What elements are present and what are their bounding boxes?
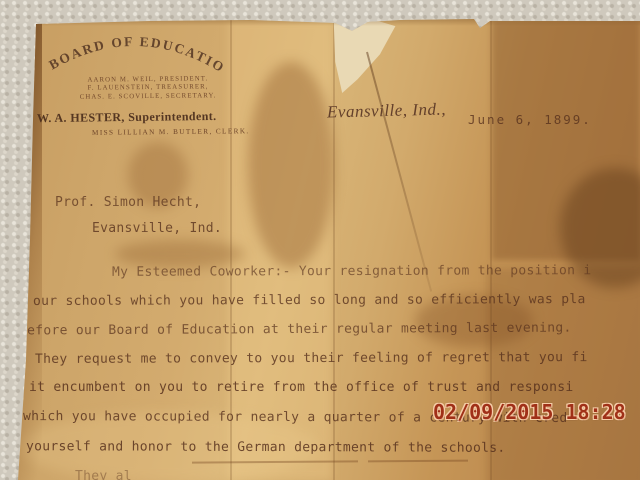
letter-body-line-partial: They al <box>75 469 132 480</box>
letter-body-line: They request me to convey to you their f… <box>35 350 588 367</box>
clerk-line: MISS LILLIAN M. BUTLER, CLERK. <box>92 127 250 137</box>
officer-list: AARON M. WEIL, PRESIDENT. F. LAUENSTEIN,… <box>58 75 238 102</box>
letter-body-line: My Esteemed Coworker:- Your resignation … <box>112 263 592 280</box>
letter-body-line: our schools which you have filled so lon… <box>33 292 586 309</box>
camera-timestamp: 02/09/2015 18:28 <box>433 400 626 424</box>
svg-text:BOARD OF EDUCATION.: BOARD OF EDUCATION. <box>34 18 228 76</box>
dateline-date: June 6, 1899. <box>468 112 592 127</box>
letter-body-line: before our Board of Education at their r… <box>19 321 572 339</box>
paper-crack-line <box>366 52 432 292</box>
org-name: BOARD OF EDUCATION. <box>34 18 228 76</box>
recipient-name: Prof. Simon Hecht, <box>55 195 201 210</box>
paper-top-edge <box>0 18 640 26</box>
superintendent-line: W. A. HESTER, Superintendent. <box>37 109 217 126</box>
recipient-place: Evansville, Ind. <box>92 221 222 236</box>
torn-patch <box>331 20 401 96</box>
pencil-underline <box>368 460 468 462</box>
dateline-place: Evansville, Ind., <box>327 99 446 122</box>
letter-body-line: yourself and honor to the German departm… <box>26 439 506 456</box>
photo-of-letter: BOARD OF EDUCATION. AARON M. WEIL, PRESI… <box>0 0 640 480</box>
letter-body-line: it encumbent on you to retire from the o… <box>29 380 574 395</box>
stain-center <box>248 62 334 268</box>
